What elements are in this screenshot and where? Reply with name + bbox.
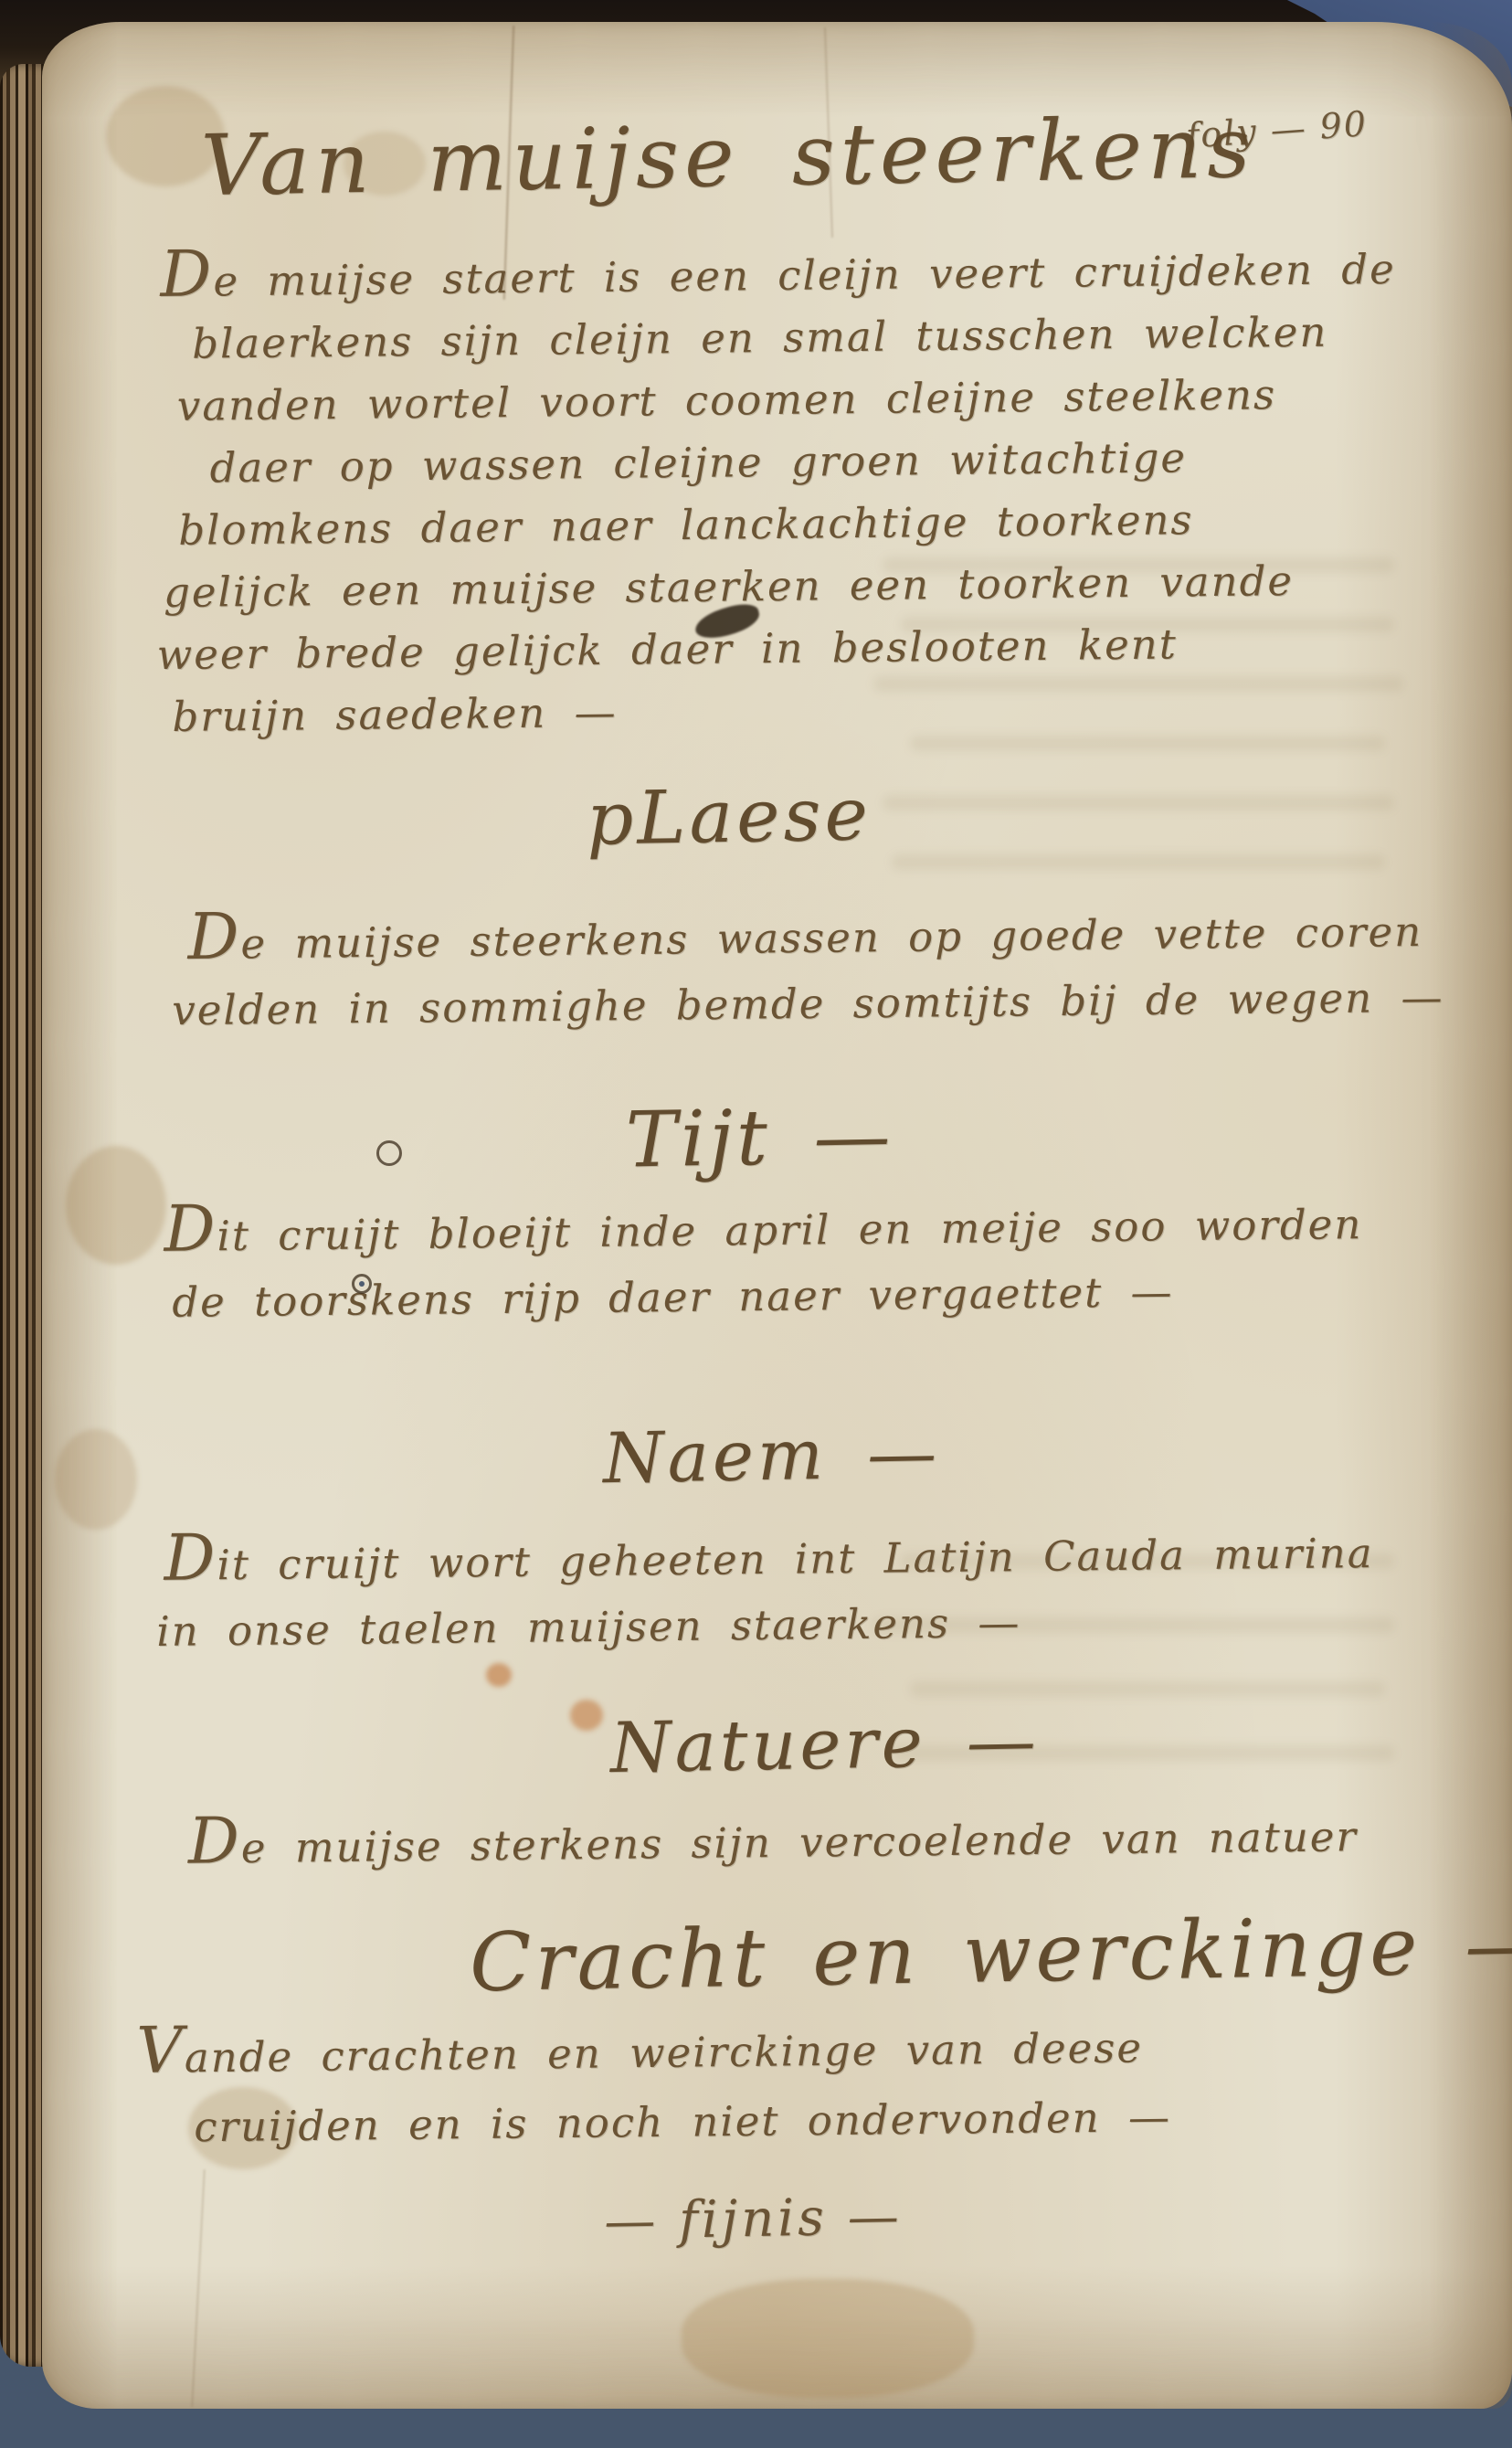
bleedthrough-mark: [910, 1681, 1385, 1697]
paragraph-plaese: De muijse steerkens wassen op goede vett…: [171, 907, 1444, 1053]
heading-cracht: Cracht en werckinge —: [469, 1897, 1512, 2010]
text-line: bruijn saedeken —: [172, 680, 1401, 755]
heading-plaese: pLaese: [586, 771, 872, 861]
paragraph-natuere: De muijse sterkens sijn vercoelende van …: [188, 1812, 1359, 1886]
text-line: Dit cruijt bloeijt inde april en meije s…: [164, 1200, 1362, 1278]
stain: [66, 1146, 166, 1265]
paragraph-description: De muijse staert is een cleijn veert cru…: [153, 245, 1401, 755]
text-line: Dit cruijt wort geheeten int Latijn Caud…: [164, 1529, 1374, 1607]
text-line: in onse taelen muijsen staerkens —: [156, 1595, 1375, 1673]
stain: [682, 2279, 974, 2398]
paragraph-cracht: Vande crachten en weirckinge van deese c…: [136, 2023, 1171, 2173]
finis-mark: — fijnis —: [18, 2177, 1489, 2262]
bleedthrough-mark: [892, 854, 1385, 870]
text-line: Vande crachten en weirckinge van deese: [136, 2023, 1170, 2104]
manuscript-photo: foly — 90 Van muijse steerkens De muijse…: [0, 0, 1512, 2448]
chapter-title: Van muijse steerkens: [200, 99, 1256, 215]
ink-ring-mark: [352, 1274, 372, 1294]
text-line: velden in sommighe bemde somtijts bij de…: [172, 973, 1444, 1053]
paragraph-tijt: Dit cruijt bloeijt inde april en meije s…: [164, 1200, 1363, 1344]
text-line: de toorskens rijp daer naer vergaettet —: [172, 1266, 1363, 1344]
paragraph-naem: Dit cruijt wort geheeten int Latijn Caud…: [155, 1529, 1375, 1673]
page-curvature-shade: [1430, 22, 1512, 2409]
heading-naem: Naem —: [602, 1412, 941, 1499]
stain: [570, 1700, 603, 1731]
manuscript-page: foly — 90 Van muijse steerkens De muijse…: [42, 22, 1512, 2409]
heading-tijt: Tijt —: [625, 1090, 894, 1184]
heading-natuere: Natuere —: [609, 1700, 1040, 1788]
text-line: cruijden en is noch niet ondervonden —: [194, 2093, 1171, 2172]
stain: [55, 1429, 137, 1530]
text-line: De muijse sterkens sijn vercoelende van …: [188, 1812, 1359, 1886]
annotation-ring-mark: [376, 1140, 402, 1166]
bleedthrough-mark: [883, 795, 1394, 811]
